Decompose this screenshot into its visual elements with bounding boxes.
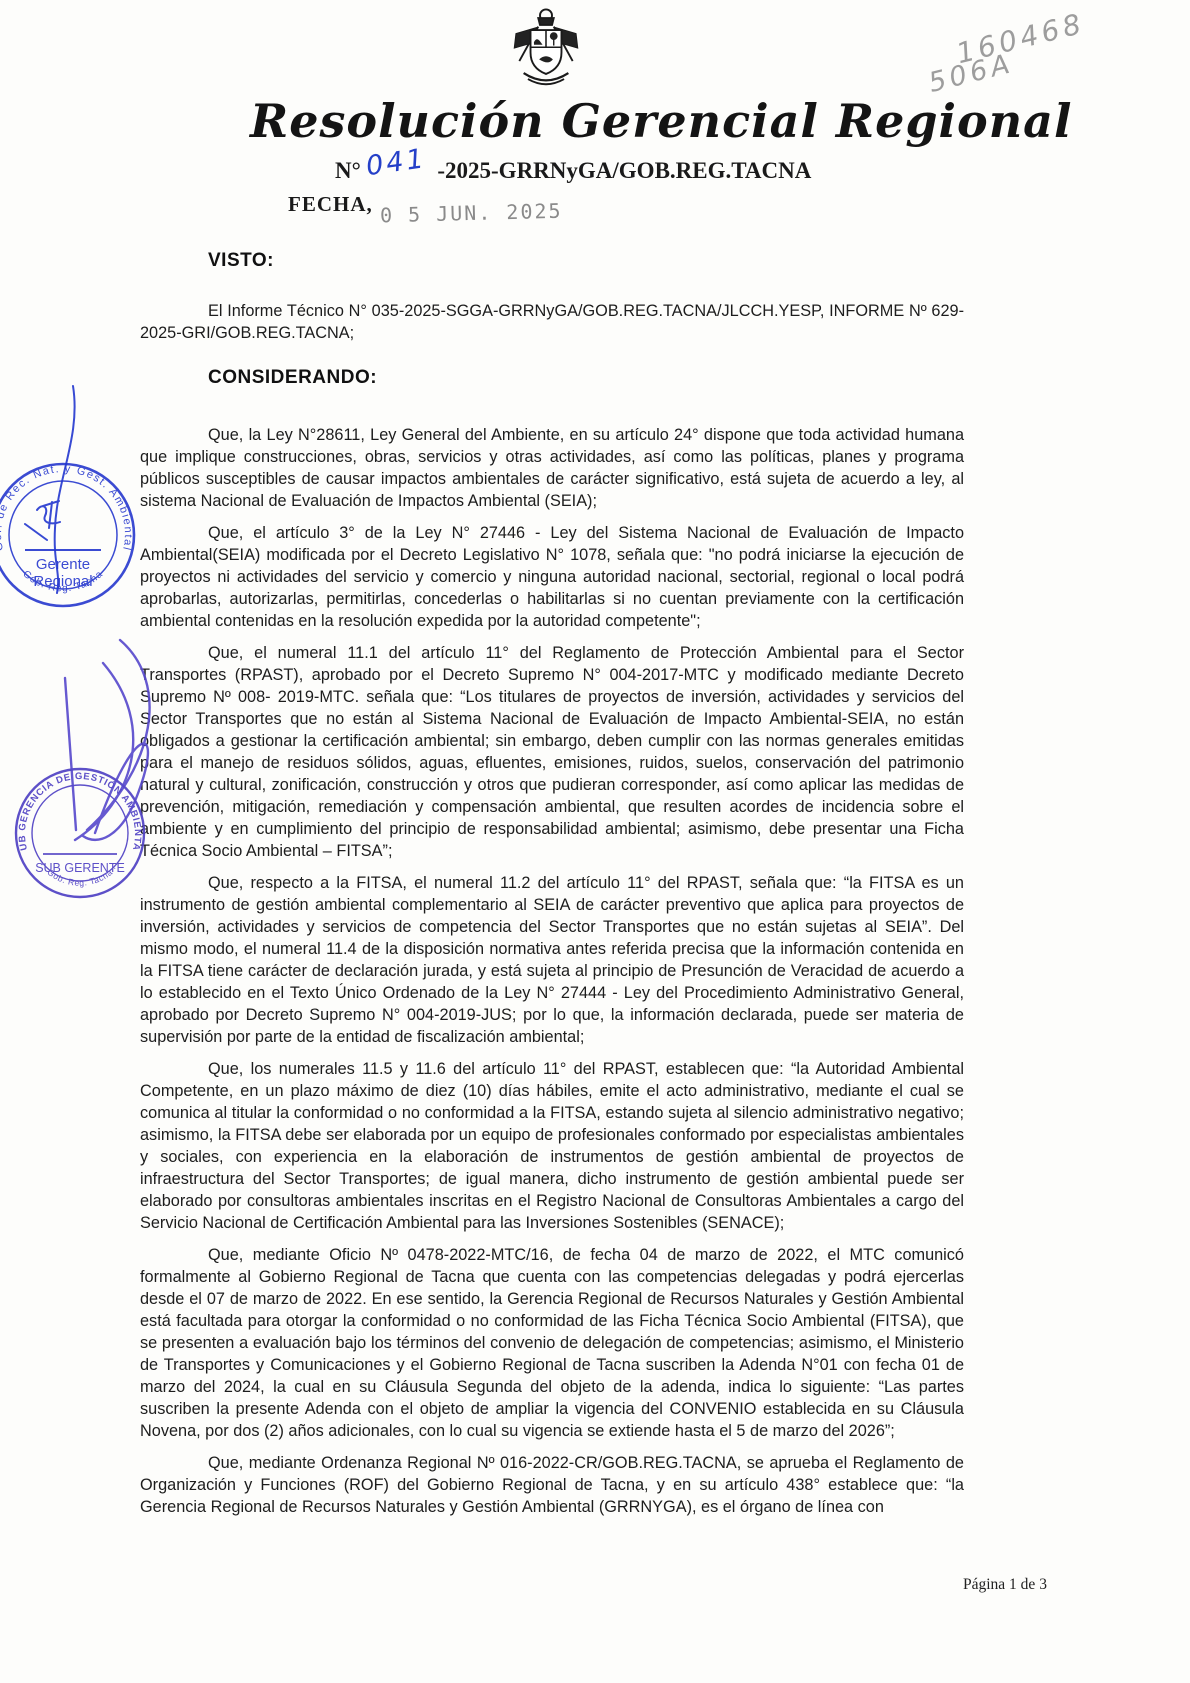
svg-text:Ger. de Rec. Nat. y Gest. Ambi: Ger. de Rec. Nat. y Gest. Ambiental (0, 463, 134, 552)
stamp1-center-line1: Gerente (36, 556, 90, 573)
stamp2-center-text: SUB GERENTE (35, 861, 125, 875)
considerando-heading: CONSIDERANDO: (208, 367, 964, 389)
considerando-paragraph-2: Que, el artículo 3° de la Ley N° 27446 -… (140, 522, 964, 632)
considerando-paragraph-7: Que, mediante Ordenanza Regional Nº 016-… (140, 1452, 964, 1518)
stamp1-center-line2: Regional (33, 573, 92, 590)
date-stamp: 0 5 JUN. 2025 (380, 199, 563, 228)
sub-gerencia-stamp: SUB GERENCIA DE GESTIÓN AMBIENTAL · Gob.… (0, 378, 144, 897)
fecha-label: FECHA, (288, 192, 373, 217)
resolution-number-line: N°041-2025-GRRNyGA/GOB.REG.TACNA (335, 154, 811, 185)
resolution-number-prefix: N° (335, 158, 361, 183)
considerando-paragraph-3: Que, el numeral 11.1 del artículo 11° de… (140, 642, 964, 862)
considerando-paragraph-1: Que, la Ley N°28611, Ley General del Amb… (140, 424, 964, 512)
document-page: 160468 506A Resolución Gerencial Regiona… (0, 0, 1190, 1683)
resolution-number-suffix: -2025-GRRNyGA/GOB.REG.TACNA (437, 158, 811, 183)
page-number: Página 1 de 3 (963, 1576, 1047, 1594)
visto-heading: VISTO: (208, 250, 964, 272)
peru-coat-of-arms-icon (506, 6, 586, 92)
stamps-and-signatures: Ger. de Rec. Nat. y Gest. Ambiental · Go… (0, 378, 225, 958)
document-body: VISTO: El Informe Técnico N° 035-2025-SG… (140, 250, 964, 1528)
considerando-paragraph-5: Que, los numerales 11.5 y 11.6 del artíc… (140, 1058, 964, 1234)
gerente-regional-stamp: Ger. de Rec. Nat. y Gest. Ambiental · Go… (0, 463, 134, 606)
visto-paragraph: El Informe Técnico N° 035-2025-SGGA-GRRN… (140, 300, 964, 344)
document-title: Resolución Gerencial Regional (250, 94, 890, 148)
resolution-number-handwritten: 041 (364, 143, 428, 182)
considerando-paragraph-4: Que, respecto a la FITSA, el numeral 11.… (140, 872, 964, 1048)
stamp1-ring-top-text: Ger. de Rec. Nat. y Gest. Ambiental (0, 463, 134, 552)
considerando-paragraph-6: Que, mediante Oficio Nº 0478-2022-MTC/16… (140, 1244, 964, 1442)
